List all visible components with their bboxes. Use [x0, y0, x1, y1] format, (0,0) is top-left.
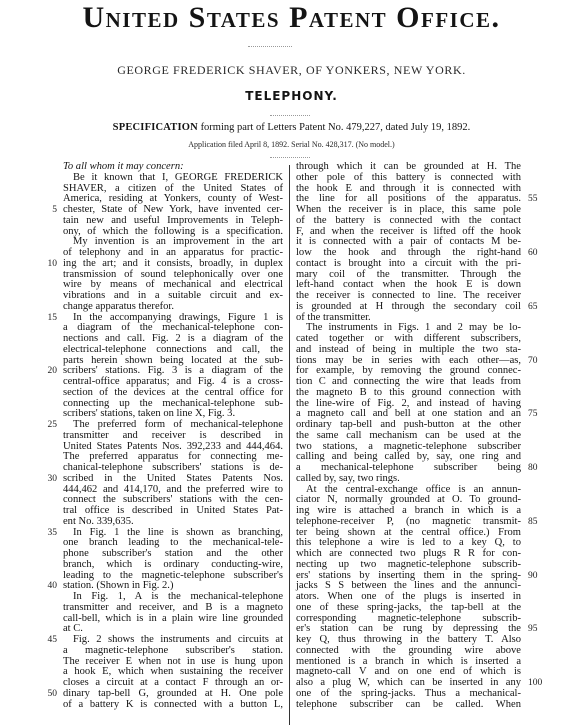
- line-number: 20: [37, 366, 57, 377]
- text-line: is grounded at H through the secondary c…: [296, 302, 521, 313]
- line-number: 90: [528, 571, 538, 582]
- line-number: 15: [37, 313, 57, 324]
- text-line: one of these spring-jacks, the tap-bell …: [296, 603, 521, 614]
- line-number: 65: [528, 302, 538, 313]
- text-line: ing the art; and it consists, broadly, i…: [63, 259, 283, 270]
- text-line: a magnetic-telephone subscriber's statio…: [63, 646, 283, 657]
- office-title: United States Patent Office.: [0, 0, 583, 36]
- line-number: 55: [528, 194, 538, 205]
- text-line: call-bell, which is in a plain wire line…: [63, 614, 283, 625]
- text-line: other pole of this battery is connected …: [296, 173, 521, 184]
- left-text-column: To all whom it may concern:Be it known t…: [63, 162, 283, 710]
- text-line: dinary tap-bell G, grounded at H. One po…: [63, 689, 283, 700]
- line-number: 95: [528, 624, 538, 635]
- text-line: change apparatus therefor.: [63, 302, 283, 313]
- inventor-line: GEORGE FREDERICK SHAVER, OF YONKERS, NEW…: [0, 62, 583, 78]
- text-line: contact is brought into a circuit with t…: [296, 259, 521, 270]
- line-number: 35: [37, 528, 57, 539]
- text-line: one of the spring-jacks. Thus a mechanic…: [296, 689, 521, 700]
- patent-page: United States Patent Office. GEORGE FRED…: [0, 0, 583, 727]
- divider-rule: [270, 157, 310, 159]
- line-number: 80: [528, 463, 538, 474]
- line-number: 5: [37, 205, 57, 216]
- text-line: of a battery K is connected with a butto…: [63, 700, 283, 711]
- line-number: 75: [528, 409, 538, 420]
- application-line: Application filed April 8, 1892. Serial …: [0, 139, 583, 150]
- right-text-column: through which it can be grounded at H. T…: [296, 162, 521, 710]
- line-number: 10: [37, 259, 57, 270]
- line-number: 45: [37, 635, 57, 646]
- text-line: necting up two magnetic-telephone subscr…: [296, 560, 521, 571]
- text-line: electrical-telephone connections and cal…: [63, 345, 283, 356]
- text-line: ent No. 339,635.: [63, 517, 283, 528]
- line-number: 40: [37, 581, 57, 592]
- subject-heading: TELEPHONY.: [0, 88, 583, 104]
- divider-rule: [270, 115, 310, 117]
- line-number: 85: [528, 517, 538, 528]
- specification-text: forming part of Letters Patent No. 479,2…: [198, 122, 470, 133]
- line-number: 30: [37, 474, 57, 485]
- text-line: connected with the grounding wire above: [296, 646, 521, 657]
- line-number: 60: [528, 248, 538, 259]
- specification-line: SPECIFICATION forming part of Letters Pa…: [0, 121, 583, 135]
- text-line: section of the devices at the central of…: [63, 388, 283, 399]
- text-line: transmitter and receiver, and B is a mag…: [63, 603, 283, 614]
- specification-lead: SPECIFICATION: [113, 122, 198, 133]
- divider-rule: [248, 46, 292, 48]
- column-separator: [289, 165, 290, 725]
- text-line: branch, which is ordinary conducting-wir…: [63, 560, 283, 571]
- text-line: the same call mechanism can be used at t…: [296, 431, 521, 442]
- text-line: telephone subscriber can be called. When: [296, 700, 521, 711]
- line-number: 25: [37, 420, 57, 431]
- text-line: scribed in the United States Patents Nos…: [63, 474, 283, 485]
- text-line: telephone-receiver P, (no magnetic trans…: [296, 517, 521, 528]
- text-line: of the battery is connected with the con…: [296, 216, 521, 227]
- text-line: transmitter and receiver is described in: [63, 431, 283, 442]
- line-number: 100: [528, 678, 542, 689]
- text-line: tain new and useful Improvements in Tele…: [63, 216, 283, 227]
- text-line: the magneto B to this ground connection …: [296, 388, 521, 399]
- text-line: and instead of being in multiple the two…: [296, 345, 521, 356]
- line-number: 50: [37, 689, 57, 700]
- text-line: called by, say, two rings.: [296, 474, 521, 485]
- line-number: 70: [528, 356, 538, 367]
- text-line: Be it known that I, GEORGE FREDERICK: [63, 173, 283, 184]
